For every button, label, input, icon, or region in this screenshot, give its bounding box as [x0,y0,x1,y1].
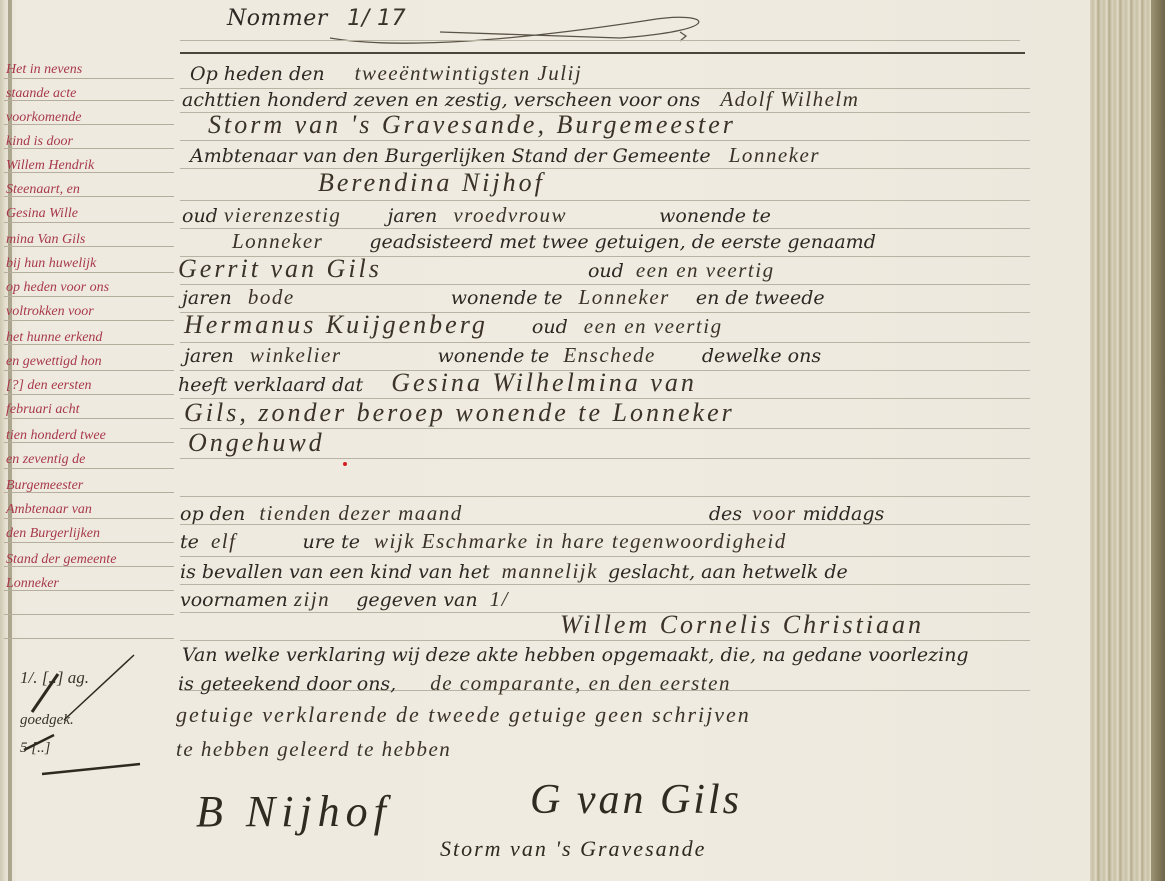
body-line-19: Willem Cornelis Christiaan [560,614,924,638]
margin-note-line: tien honderd twee [6,428,106,444]
body-line-17: is bevallen van een kind van het manneli… [180,560,848,583]
red-ink-spot [343,462,347,466]
signature-mother: B Nijhof [196,786,392,837]
margin-note-line: voorkomende [6,110,81,126]
body-line-12: heeft verklaard dat Gesina Wilhelmina va… [178,372,697,396]
body-line-23: te hebben geleerd te hebben [176,738,451,761]
margin-note-line: februari acht [6,402,80,418]
header-label: Nommer [227,6,328,31]
page-edges [1090,0,1165,881]
body-line-8: Gerrit van Gils oud een en veertig [178,258,775,282]
header-rule-thin [180,40,1020,41]
body-line-15: op den tienden dezer maand des voor midd… [180,502,884,525]
ruled-line [180,556,1030,557]
body-line-16: te elf ure te wijk Eschmarke in hare teg… [180,530,787,553]
margin-note-line: Lonneker [6,576,59,592]
body-line-1: Op heden den tweeëntwintigsten Julij [190,62,582,85]
body-line-11: jaren winkelier wonende te Enschede dewe… [184,344,821,367]
body-line-7: Lonneker geadsisteerd met twee getuigen,… [232,230,876,253]
margin-note-line: bij hun huwelijk [6,256,96,272]
margin-note-line: en zeventig de [6,452,85,468]
margin-note-line: het hunne erkend [6,330,102,346]
body-line-14: Ongehuwd [188,432,325,456]
margin-note-line: Steenaart, en [6,182,80,198]
margin-strike-icon [14,650,174,780]
signature-witness: G van Gils [530,776,742,824]
margin-note-line: [?] den eersten [6,378,92,394]
body-line-4: Ambtenaar van den Burgerlijken Stand der… [190,144,820,167]
margin-note-line: Burgemeester [6,478,83,494]
margin-note-line: Ambtenaar van [6,502,92,518]
signature-registrar: Storm van 's Gravesande [440,836,706,862]
body-line-2: achttien honderd zeven en zestig, versch… [182,88,859,111]
margin-note-line: Het in nevens [6,62,82,78]
margin-note-line: en gewettigd hon [6,354,102,370]
header-rule [180,52,1025,54]
ruled-line [180,140,1030,141]
margin-note-line: op heden voor ons [6,280,109,296]
ruled-line [180,496,1030,497]
body-line-3: Storm van 's Gravesande, Burgemeester [208,114,736,138]
body-line-13: Gils, zonder beroep wonende te Lonneker [184,402,735,426]
ruled-line [180,584,1030,585]
body-line-21: is geteekend door ons, de comparante, en… [178,672,731,695]
ruled-line [180,640,1030,641]
ruled-line [180,458,1030,459]
body-line-20: Van welke verklaring wij deze akte hebbe… [182,644,969,666]
body-line-9: jaren bode wonende te Lonneker en de twe… [182,286,825,309]
body-line-5: Berendina Nijhof [318,172,545,196]
body-line-22: getuige verklarende de tweede getuige ge… [176,704,751,727]
margin-note-line: Gesina Wille [6,206,78,222]
header-flourish-icon [320,10,740,50]
margin-note-line: staande acte [6,86,76,102]
margin-note-line: mina Van Gils [6,232,85,248]
ruled-line [180,168,1030,169]
margin-note-line: den Burgerlijken [6,526,100,542]
ruled-line [180,200,1030,201]
body-line-6: oud vierenzestig jaren vroedvrouw wonend… [182,204,771,227]
body-line-18: voornamen zijn gegeven van 1/ [180,588,509,611]
margin-note-line: Willem Hendrik [6,158,94,174]
margin-note-line: Stand der gemeente [6,552,116,568]
margin-note-line: voltrokken voor [6,304,94,320]
body-line-10: Hermanus Kuijgenberg oud een en veertig [184,314,723,338]
margin-note-line: kind is door [6,134,73,150]
